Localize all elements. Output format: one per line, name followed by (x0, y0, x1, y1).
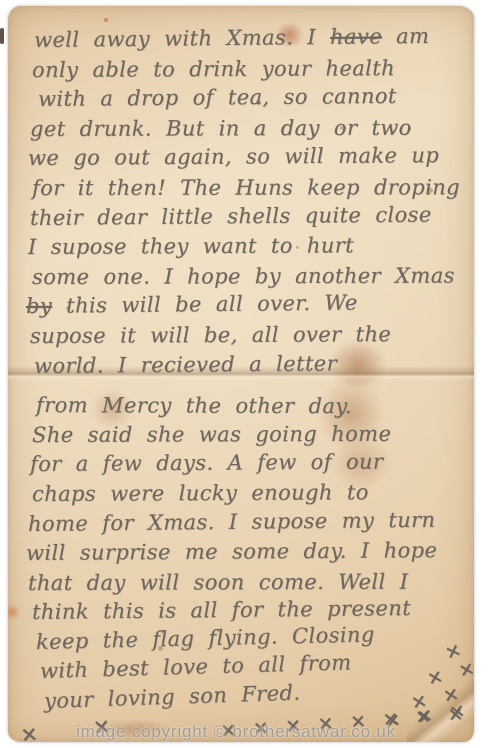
letter-line: supose it will be, all over the (30, 320, 462, 352)
line-text: chaps were lucky enough to (32, 480, 369, 506)
line-text: that day will soon come. Well I (28, 569, 408, 594)
letter-line: get drunk. But in a day or two (30, 113, 462, 144)
letter-line: their dear little shells quite close (30, 200, 462, 233)
letter-line: from Mercy the other day. (36, 391, 462, 422)
line-text: She said she was going home (32, 421, 391, 446)
letter-line: well away with Xmas. I have am (34, 22, 462, 56)
line-text: home for Xmas. I supose my turn (28, 507, 436, 535)
line-text: this will be all over. We (52, 291, 358, 318)
line-text: well away with Xmas. I (34, 25, 330, 52)
line-text: for a few days. A few of our (30, 450, 383, 476)
letter-line: I supose they want to hurt (28, 231, 462, 263)
letter-line: we go out again, so will make up (28, 141, 462, 174)
letter-paper: well away with Xmas. I have amonly able … (8, 6, 474, 742)
line-text: with a drop of tea, so cannot (38, 84, 397, 111)
line-text: world. I recieved a letter (34, 351, 337, 378)
line-text: only able to drink your health (32, 56, 395, 82)
letter-line: home for Xmas. I supose my turn (28, 505, 462, 539)
line-text: will surprise me some day. I hope (26, 538, 437, 565)
letter-body: well away with Xmas. I have amonly able … (26, 26, 462, 717)
watermark: image copyright © brothersatwar.co.uk (76, 722, 396, 742)
line-text: we go out again, so will make up (28, 144, 439, 171)
letter-line: for it then! The Huns keep droping (32, 173, 462, 203)
letter-line: for a few days. A few of our (30, 447, 462, 480)
struck-word: have (330, 24, 382, 49)
letter-line: will surprise me some day. I hope (26, 536, 462, 569)
struck-word: by (26, 294, 52, 318)
letter-line: only able to drink your health (32, 53, 462, 85)
line-text: some one. I hope by another Xmas (32, 263, 455, 288)
line-text: supose it will be, all over the (30, 322, 391, 348)
letter-line: with a drop of tea, so cannot (38, 81, 462, 114)
letter-line: world. I recieved a letter (34, 348, 462, 381)
line-text: from Mercy the other day. (36, 393, 352, 418)
letter-line: by this will be all over. We (26, 288, 462, 322)
foxing-dot (104, 18, 108, 22)
line-text: get drunk. But in a day or two (30, 115, 412, 140)
scanned-letter-photo: well away with Xmas. I have amonly able … (0, 0, 488, 748)
line-text: I supose they want to hurt (28, 233, 354, 259)
line-text: for it then! The Huns keep droping (32, 175, 460, 200)
letter-line: chaps were lucky enough to (32, 478, 462, 510)
stain-spot (8, 604, 20, 620)
scan-artifact (0, 28, 4, 44)
letter-line: She said she was going home (32, 419, 462, 450)
line-text: their dear little shells quite close (30, 202, 432, 230)
line-text: your loving son Fred. (44, 681, 301, 713)
line-text: am (382, 24, 430, 48)
